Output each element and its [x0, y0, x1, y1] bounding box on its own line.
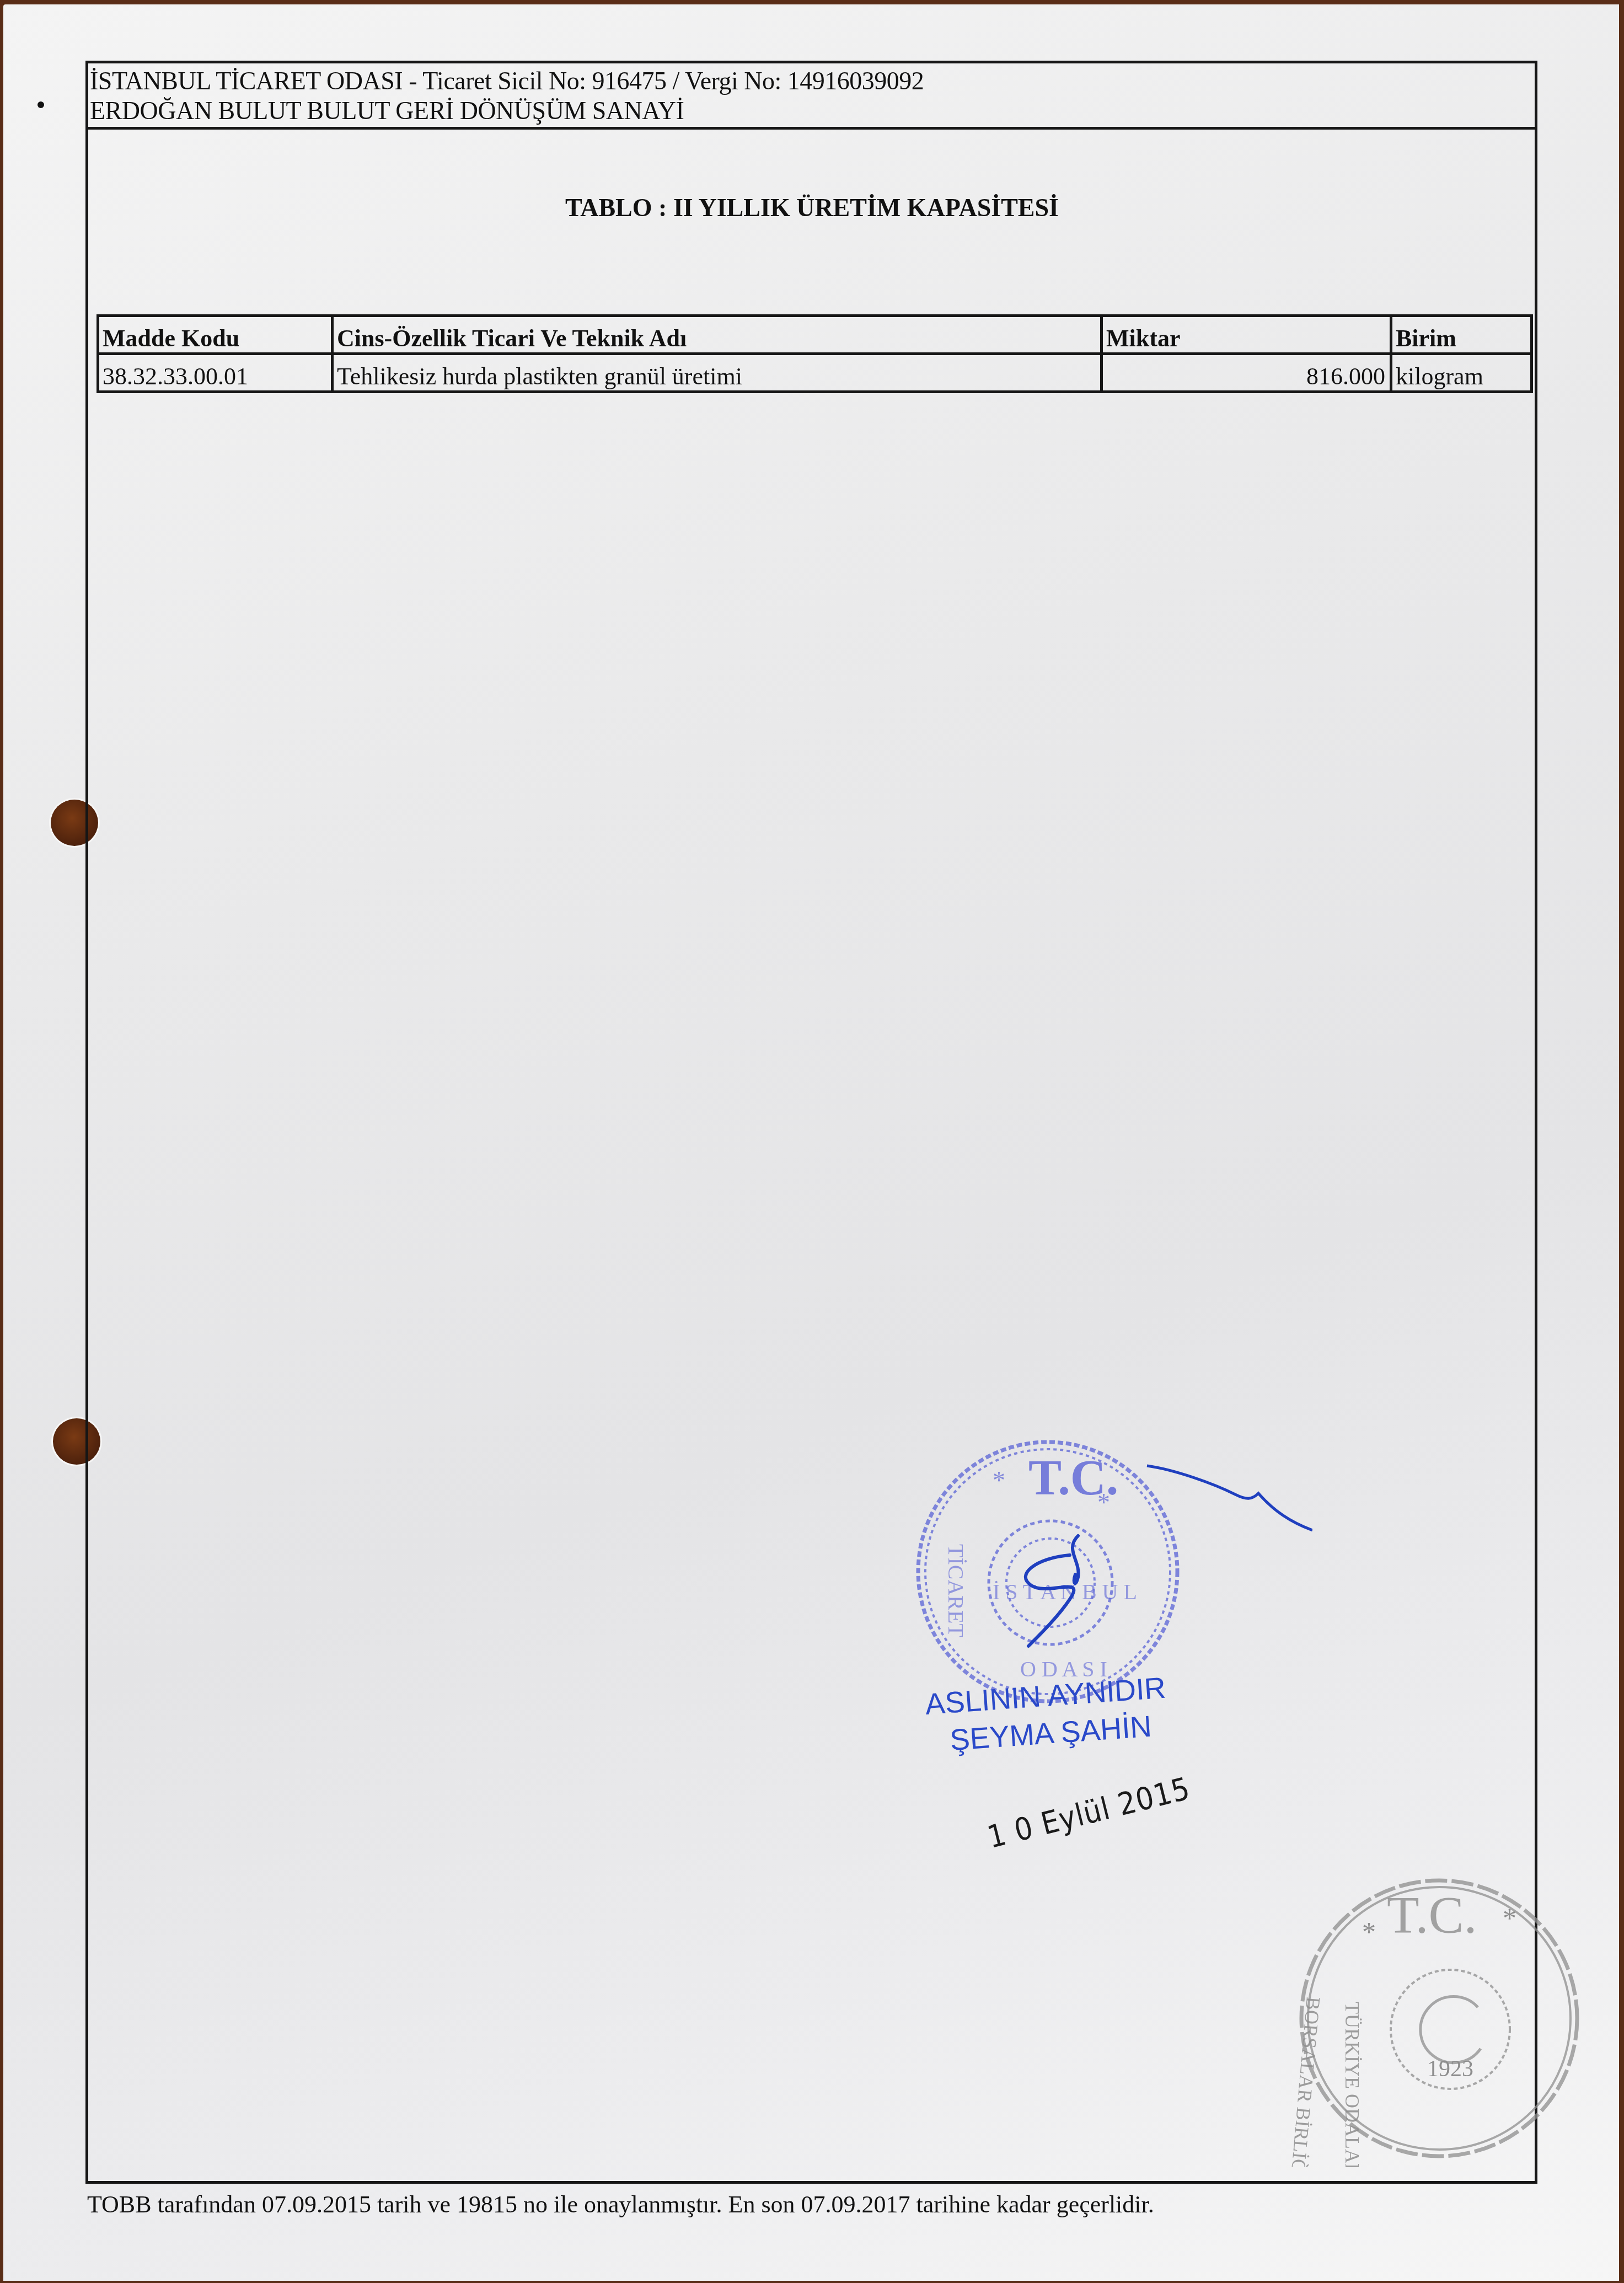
table-title: TABLO : II YILLIK ÜRETİM KAPASİTESİ — [0, 193, 1624, 222]
svg-text:*: * — [1362, 1916, 1376, 1947]
svg-text:BORSALAR BİRLİĞİ: BORSALAR BİRLİĞİ — [1287, 1996, 1325, 2167]
approval-footer: TOBB tarafından 07.09.2015 tarih ve 1981… — [87, 2190, 1154, 2218]
cell-code: 38.32.33.00.01 — [98, 354, 333, 392]
svg-text:TÜRKİYE ODALAR: TÜRKİYE ODALAR — [1341, 2002, 1363, 2167]
cell-quantity: 816.000 — [1102, 354, 1391, 392]
svg-text:1923: 1923 — [1427, 2056, 1473, 2082]
column-header-name: Cins-Özellik Ticari Ve Teknik Adı — [333, 316, 1102, 354]
table-header-row: Madde Kodu Cins-Özellik Ticari Ve Teknik… — [98, 316, 1532, 354]
svg-text:T.C.: T.C. — [1387, 1885, 1477, 1944]
cell-name: Tehlikesiz hurda plastikten granül üreti… — [333, 354, 1102, 392]
column-header-code: Madde Kodu — [98, 316, 333, 354]
signature-icon — [1004, 1461, 1312, 1649]
company-name: ERDOĞAN BULUT BULUT GERİ DÖNÜŞÜM SANAYİ — [90, 96, 1537, 126]
document-header: İSTANBUL TİCARET ODASI - Ticaret Sicil N… — [85, 61, 1537, 130]
cell-unit: kilogram — [1391, 354, 1532, 392]
column-header-quantity: Miktar — [1102, 316, 1391, 354]
ink-speck — [37, 101, 44, 108]
tobb-seal-icon: T.C. * * 1923 TÜRKİYE ODALAR BORSALAR Bİ… — [1279, 1858, 1588, 2167]
chamber-registry-line: İSTANBUL TİCARET ODASI - Ticaret Sicil N… — [90, 66, 1537, 96]
production-capacity-table: Madde Kodu Cins-Özellik Ticari Ve Teknik… — [97, 314, 1533, 393]
table-row: 38.32.33.00.01 Tehlikesiz hurda plastikt… — [98, 354, 1532, 392]
svg-text:TİCARET: TİCARET — [944, 1544, 968, 1637]
svg-text:*: * — [1503, 1902, 1516, 1933]
column-header-unit: Birim — [1391, 316, 1532, 354]
